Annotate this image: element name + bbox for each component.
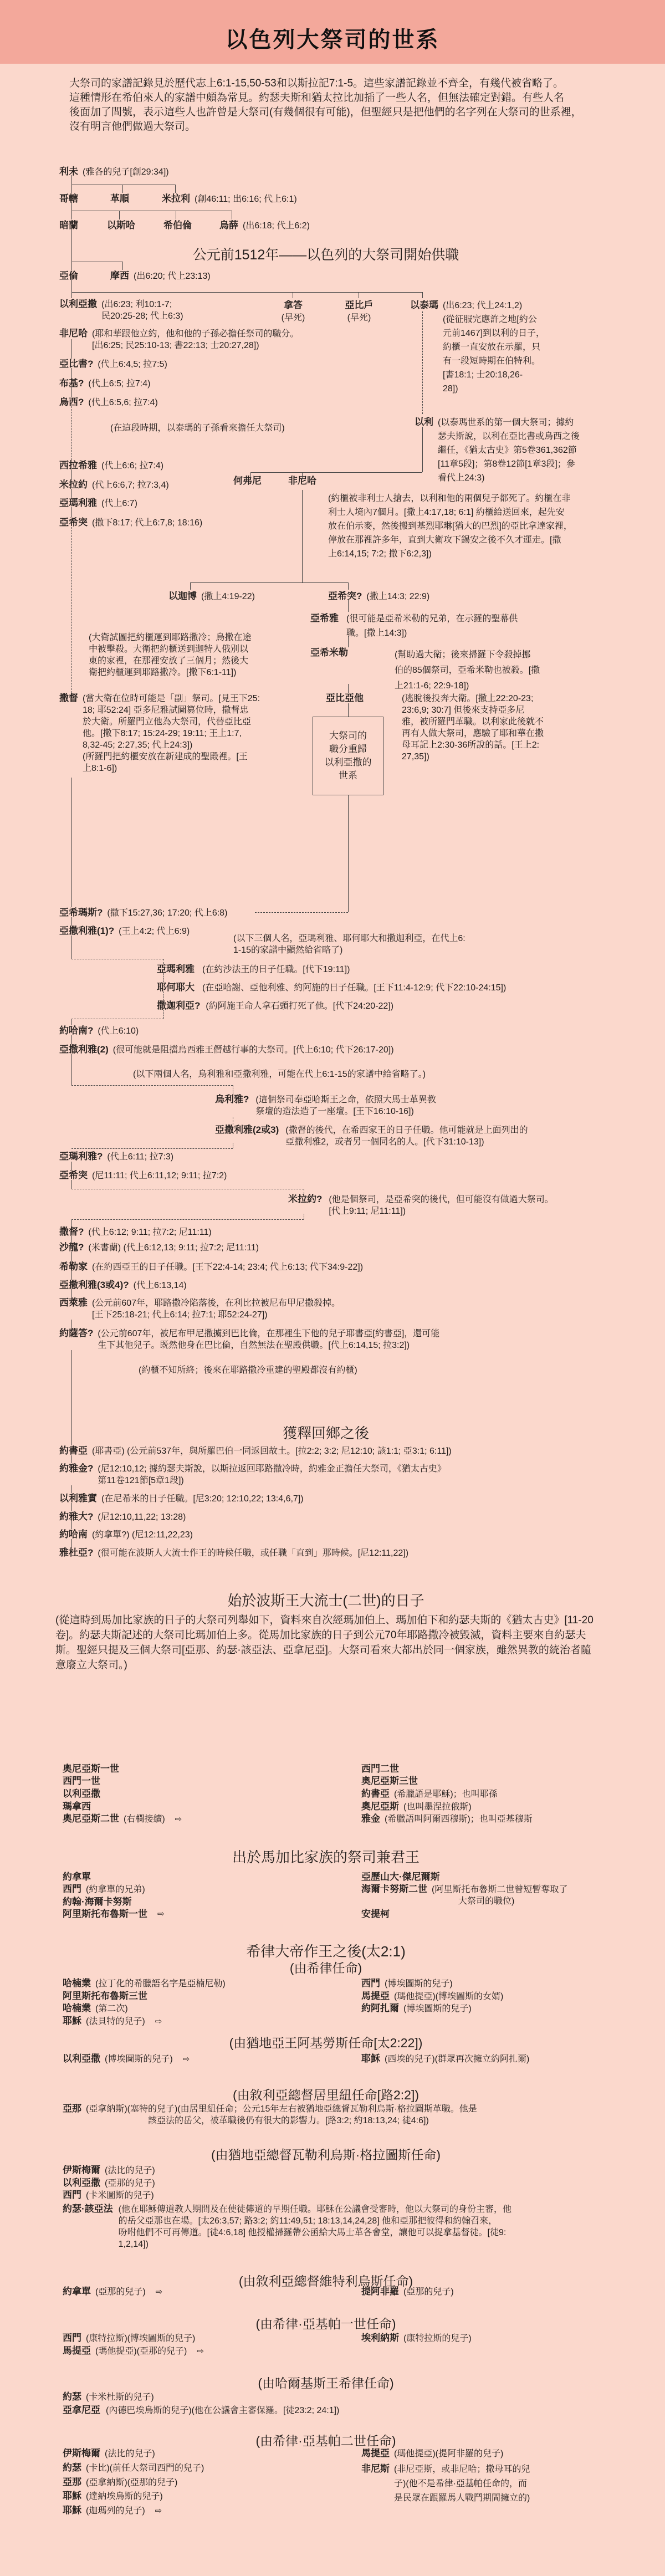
person-note: (撒下15:27,36; 17:20; 代上6:8) xyxy=(107,907,227,919)
section-heading: 公元前1512年——以色列的大祭司開始供職 xyxy=(0,244,652,264)
person-name: 耶穌 xyxy=(63,2016,81,2027)
person-entry: 瑪拿西 xyxy=(63,1801,91,1812)
person-entry: 拿答(早死) xyxy=(276,299,310,324)
person-note: (約拿單的兄弟) xyxy=(86,1884,145,1895)
person-entry: 安提柯 xyxy=(361,1909,390,1920)
person-name: 希伯倫 xyxy=(163,220,192,231)
tree-line xyxy=(163,959,164,964)
person-entry: 以利雅實(在尼希米的日子任職。[尼3:20; 12:10,22; 13:4,6,… xyxy=(59,1493,304,1505)
person-entry: 哥轄 xyxy=(59,193,78,205)
person-entry: 撒迦利亞?(約阿施王命人拿石頭打死了他。[代下24:20-22]) xyxy=(157,1000,393,1012)
person-name: 亞瑪利雅? xyxy=(59,1151,103,1162)
person-name: 亞倫 xyxy=(59,270,78,282)
continue-arrow-icon: ⇨ xyxy=(175,1814,182,1825)
tree-line xyxy=(163,1010,164,1019)
person-entry: 米拉約(代上6:6,7; 拉7:3,4) xyxy=(59,479,169,491)
tree-line xyxy=(71,279,72,298)
tree-line xyxy=(71,936,72,959)
tree-line xyxy=(71,1350,72,1445)
section-heading: (由希律·亞基帕二世任命) xyxy=(0,2431,652,2449)
person-entry: 約薩答?(公元前607年，被尼布甲尼撒擄到巴比倫，在那裡生下他的兒子耶書亞[約書… xyxy=(59,1328,439,1351)
person-name: 約拿單 xyxy=(63,1872,91,1883)
person-entry: 布基?(代上6:5; 拉7:4) xyxy=(59,378,150,390)
section-heading: (由猶地亞總督瓦勒利烏斯·格拉圖斯任命) xyxy=(0,2145,652,2163)
person-entry: 耶穌(西埃的兒子)(群眾再次擁立約阿扎爾) xyxy=(361,2053,529,2065)
person-entry: 烏西?(代上6:5,6; 拉7:4) xyxy=(59,397,158,408)
person-note: (在亞哈謝、亞他利雅、約阿施的日子任職。[王下11:4-12:9; 代下22:1… xyxy=(202,982,506,994)
tree-line xyxy=(71,1162,72,1170)
tree-line xyxy=(71,1189,304,1189)
person-entry: 以泰瑪(出6:23; 代上24:1,2) (從征服完應許之地[約公 元前1467… xyxy=(410,299,545,396)
person-entry: 米拉利(創46:11; 出6:16; 代上6:1) xyxy=(162,193,297,205)
person-name: 以利亞撒 xyxy=(63,1788,100,1800)
person-name: 馬提亞 xyxy=(361,2448,390,2459)
tree-line xyxy=(255,912,348,913)
person-name: 約哈南? xyxy=(59,1025,93,1036)
person-name: 奧尼亞斯二世 xyxy=(63,1813,119,1824)
tree-line xyxy=(71,1485,72,1493)
person-entry: 亞希瑪斯?(撒下15:27,36; 17:20; 代上6:8) xyxy=(59,907,227,919)
person-name: 亞那 xyxy=(63,2103,81,2114)
person-note: (代上6:12; 9:11; 拉7:2; 尼11:11) xyxy=(88,1226,211,1238)
person-name: 以利 xyxy=(415,417,433,428)
person-note: (瑪他提亞)(博埃圖斯的女婿) xyxy=(394,1991,503,2002)
person-note: (代上6:5,6; 拉7:4) xyxy=(88,397,157,408)
tree-line xyxy=(71,1019,72,1025)
tree-line xyxy=(71,778,72,907)
person-note: (尼12:10,12; 據約瑟夫斯說，以斯拉返回耶路撒冷時，約雅金正擔任大祭司，… xyxy=(98,1463,446,1486)
person-entry: 約雅大?(尼12:10,11,22; 13:28) xyxy=(59,1511,186,1523)
person-name: 以利雅實 xyxy=(59,1493,97,1504)
tree-line xyxy=(71,1148,233,1149)
person-entry: 以利亞撒(出6:23; 利10:1-7; 民20:25-28; 代上6:3) xyxy=(59,299,183,322)
person-entry: 耶穌(達納埃烏斯的兒子) xyxy=(63,2491,163,2502)
person-note: (約阿施王命人拿石頭打死了他。[代下24:20-22]) xyxy=(206,1000,393,1012)
person-name: 亞希突 xyxy=(59,517,88,528)
person-note: (尼11:11; 代上6:11,12; 9:11; 拉7:2) xyxy=(92,1170,227,1182)
person-note: (內德巴埃烏斯的兒子)(他在公議會主審保羅。[徒23:2; 24:1]) xyxy=(106,2405,339,2416)
person-name: 亞拿尼亞 xyxy=(63,2405,100,2416)
person-entry: 約哈南(約拿單?) (尼12:11,22,23) xyxy=(59,1529,193,1541)
note-block: (逃脫後投奔大衛。[撒上22:20-23; 23:6,9; 30:7] 但後來支… xyxy=(402,693,544,763)
person-note: (很可能就是阻擋烏西雅王僭越行事的大祭司。[代上6:10; 代下26:17-20… xyxy=(113,1044,394,1056)
person-entry: 西門(約拿單的兄弟) xyxy=(63,1884,145,1895)
person-note: (代上6:5; 拉7:4) xyxy=(88,378,150,390)
note-block: (以下兩個人名，烏利雅和亞撒利雅，可能在代上6:1-15的家譜中給省略了。) xyxy=(133,1069,426,1080)
eleazar-line-box: 大祭司的 職分重歸 以利亞撒的 世系 xyxy=(313,717,383,795)
person-name: 耶穌 xyxy=(361,2053,380,2064)
person-entry: 亞瑪利雅(在約沙法王的日子任職。[代下19:11]) xyxy=(157,964,350,975)
tree-line xyxy=(71,1289,72,1297)
person-name: 埃利納斯 xyxy=(361,2333,399,2344)
tree-line xyxy=(71,1539,72,1547)
tree-line xyxy=(71,507,72,517)
person-name: 亞希雅 xyxy=(310,613,339,624)
tree-line xyxy=(71,229,72,270)
person-name: 約薩答? xyxy=(59,1328,93,1339)
person-entry: 米拉約?(他是個祭司，是亞希突的後代，但可能沒有做過大祭司。 [代上9:11; … xyxy=(288,1194,554,1217)
person-entry: 亞撒利雅(3或4)?(代上6:13,14) xyxy=(59,1280,187,1291)
tree-line xyxy=(71,211,232,211)
tree-line xyxy=(233,1085,233,1094)
tree-line xyxy=(71,1054,72,1085)
person-entry: 亞倫 xyxy=(59,270,78,282)
person-name: 革順 xyxy=(110,193,129,205)
person-note: (西埃的兒子)(群眾再次擁立約阿扎爾) xyxy=(385,2053,529,2065)
person-note: (在約西亞王的日子任職。[王下22:4-14; 23:4; 代上6:13; 代下… xyxy=(92,1261,363,1273)
person-name: 安提柯 xyxy=(361,1909,390,1920)
person-note: (卡米圖斯的兒子) xyxy=(86,2190,154,2201)
person-entry: 奧尼亞斯(也叫墨涅拉俄斯) xyxy=(361,1801,472,1813)
person-note: (第二次) xyxy=(95,2003,128,2015)
person-name: 奧尼亞斯 xyxy=(361,1801,399,1812)
tree-line xyxy=(71,1035,72,1044)
tree-line xyxy=(348,703,349,717)
person-entry: 埃利納斯(康特拉斯的兒子) xyxy=(361,2333,472,2344)
person-note: (亞拿納斯)(亞那的兒子) xyxy=(86,2477,177,2488)
person-name: 西門 xyxy=(63,1884,81,1895)
person-name: 亞希米勒 xyxy=(310,647,348,658)
person-note: (出6:23; 代上24:1,2) (從征服完應許之地[約公 元前1467]到以… xyxy=(443,299,545,396)
tree-line xyxy=(71,175,72,193)
person-name: 奧尼亞斯三世 xyxy=(361,1776,418,1787)
page: 以色列大祭司的世系 大祭司的家譜記錄見於歷代志上6:1-15,50-53和以斯拉… xyxy=(0,0,665,2576)
person-note: (右欄接續) xyxy=(124,1813,165,1825)
person-note: (博埃圖斯的兒子) xyxy=(105,2053,173,2065)
person-entry: 以利(以泰瑪世系的第一個大祭司；據約 瑟夫斯說，以利在亞比書或烏西之後 繼任，《… xyxy=(415,416,580,485)
person-entry: 耶何耶大(在亞哈謝、亞他利雅、約阿施的日子任職。[王下11:4-12:9; 代下… xyxy=(157,982,506,994)
tree-line xyxy=(71,1251,72,1261)
continue-arrow-icon: ⇨ xyxy=(156,2287,163,2298)
person-note: (早死) xyxy=(341,311,377,324)
person-name: 約書亞 xyxy=(361,1788,390,1800)
person-entry: 亞撒利雅(1)?(王上4:2; 代上6:9) xyxy=(59,926,190,937)
tree-line xyxy=(250,472,251,479)
person-note: (撒上14:3; 22:9) xyxy=(366,591,429,602)
person-name: 希勒家 xyxy=(59,1261,88,1272)
tree-line xyxy=(71,368,72,378)
person-note: (耶和華跟他立約，他和他的子孫必擔任祭司的職分。 [出6:25; 民25:10-… xyxy=(92,328,299,351)
person-name: 亞比戶 xyxy=(341,299,377,311)
person-entry: 阿里斯托布魯斯三世 xyxy=(63,1991,147,2002)
person-name: 約雅金? xyxy=(59,1463,93,1474)
person-name: 約拿單 xyxy=(63,2286,91,2297)
person-name: 約翰·海爾卡努斯 xyxy=(63,1897,132,1908)
person-entry: 亞歷山大·傑尼爾斯 xyxy=(361,1872,440,1883)
person-name: 亞希瑪斯? xyxy=(59,907,103,918)
person-entry: 馬提亞(瑪他提亞)(博埃圖斯的女婿) xyxy=(361,1991,503,2002)
person-entry: 烏薛(出6:18; 代上6:2) xyxy=(219,220,310,232)
person-name: 亞撒利雅(2或3) xyxy=(215,1125,279,1136)
section-heading: (由猶地亞王阿基勞斯任命[太2:22]) xyxy=(0,2033,652,2051)
person-name: 亞歷山大·傑尼爾斯 xyxy=(361,1872,440,1883)
person-entry: 約瑟·該亞法(他在耶穌傳道教人期間及在使徒傳道的早期任職。耶穌在公議會受審時，他… xyxy=(63,2204,511,2250)
person-name: 西門 xyxy=(63,2190,81,2201)
person-note: (亞那的兒子) xyxy=(105,2178,155,2189)
person-entry: 奧尼亞斯三世 xyxy=(361,1776,418,1787)
person-name: 拿答 xyxy=(276,299,310,311)
person-entry: 以斯哈 xyxy=(107,220,135,231)
person-entry: 暗蘭 xyxy=(59,220,78,231)
tree-line xyxy=(71,1521,72,1529)
person-note: (公元前607年，被尼布甲尼撒擄到巴比倫，在那裡生下他的兒子耶書亞[約書亞]，還… xyxy=(98,1328,439,1351)
person-entry: 西門二世 xyxy=(361,1764,399,1775)
person-note: (當大衛在位時可能是「副」祭司。[見王下25: 18; 耶52:24] 亞多尼雅… xyxy=(83,693,260,774)
person-note: (撒上4:19-22) xyxy=(201,591,255,602)
person-name: 約瑟·該亞法 xyxy=(63,2204,113,2215)
person-note: (在約沙法王的日子任職。[代下19:11]) xyxy=(202,964,350,975)
person-entry: 以利亞撒(亞那的兒子) xyxy=(63,2178,155,2189)
note-block: (約櫃不知所終；後來在耶路撒冷重建的聖殿都沒有約櫃) xyxy=(139,1364,357,1376)
person-note: (雅各的兒子[創29:34]) xyxy=(83,166,169,178)
person-entry: 亞瑪利雅?(代上6:11; 拉7:3) xyxy=(59,1151,173,1163)
tree-line xyxy=(71,527,72,693)
person-note: (他是個祭司，是亞希突的後代，但可能沒有做過大祭司。 [代上9:11; 尼11:… xyxy=(329,1194,553,1217)
person-entry: 非尼哈(耶和華跟他立約，他和他的子孫必擔任祭司的職分。 [出6:25; 民25:… xyxy=(59,328,299,351)
person-name: 提阿非羅 xyxy=(361,2286,399,2297)
person-name: 烏利雅? xyxy=(215,1094,249,1105)
person-entry: 奧尼亞斯二世(右欄接續)⇨ xyxy=(63,1813,182,1825)
tree-line xyxy=(422,427,423,472)
person-name: 耶何耶大 xyxy=(157,982,195,993)
person-entry: 西門(卡米圖斯的兒子) xyxy=(63,2190,154,2201)
person-note: (他在耶穌傳道教人期間及在使徒傳道的早期任職。耶穌在公議會受審時，他以大祭司的身… xyxy=(119,2204,511,2250)
tree-line xyxy=(122,185,123,193)
person-name: 亞希突? xyxy=(328,591,362,602)
person-note: (米書蘭) (代上6:12,13; 9:11; 拉7:2; 尼11:11) xyxy=(88,1242,259,1254)
person-entry: 西萊雅(公元前607年，耶路撒冷陷落後，在利比拉被尼布甲尼撒殺掉。 [王下25:… xyxy=(59,1297,340,1321)
tree-line xyxy=(71,406,72,460)
person-name: 非尼斯 xyxy=(361,2463,390,2475)
person-entry: 耶穌(法貝特的兒子)⇨ xyxy=(63,2016,162,2027)
person-entry: 約書亞(耶書亞) (公元前537年，與所羅巴伯一同返回故土。[拉2:2; 3:2… xyxy=(59,1445,452,1457)
person-name: 雅杜亞? xyxy=(59,1547,93,1558)
person-name: 約雅大? xyxy=(59,1511,93,1522)
person-name: 西萊雅 xyxy=(59,1297,88,1309)
person-entry: 亞希突?(撒上14:3; 22:9) xyxy=(328,591,429,602)
tree-line xyxy=(71,1503,72,1511)
person-name: 西門一世 xyxy=(63,1776,100,1787)
person-name: 利未 xyxy=(59,166,78,177)
tree-line xyxy=(71,339,72,359)
person-note: (法比的兒子) xyxy=(105,2165,155,2176)
person-note: (以下兩個人名，烏利雅和亞撒利雅，可能在代上6:1-15的家譜中給省略了。) xyxy=(133,1069,426,1080)
tree-line xyxy=(302,472,303,479)
person-name: 撒督 xyxy=(59,693,78,704)
note-block: (在這段時期，以泰瑪的子孫看來擔任大祭司) xyxy=(110,422,285,434)
person-entry: 亞比亞他 xyxy=(326,693,364,704)
tree-line xyxy=(71,1180,72,1189)
person-name: 烏薛 xyxy=(219,220,238,231)
person-name: 西拉希雅 xyxy=(59,460,97,471)
person-note: (以泰瑪世系的第一個大祭司；據約 瑟夫斯說，以利在亞比書或烏西之後 繼任，《猶太… xyxy=(438,416,580,485)
person-name: 以利亞撒 xyxy=(63,2178,100,2189)
person-name: 何弗尼 xyxy=(233,476,262,487)
tree-line xyxy=(304,1214,304,1219)
person-name: 以迦博 xyxy=(168,591,197,602)
person-name: 約書亞 xyxy=(59,1445,88,1456)
paragraph-2: (從這時到馬加比家族的日子的大祭司列舉如下，資料來自次經瑪加伯上、瑪加伯下和約瑟… xyxy=(55,1613,594,1673)
person-entry: 哈楠業(第二次) xyxy=(63,2003,128,2015)
person-name: 約瑟 xyxy=(63,2462,81,2473)
person-entry: 約書亞(希臘語是耶穌)；也叫耶孫 xyxy=(361,1788,498,1800)
person-entry: 亞那(亞拿納斯)(塞特的兒子)(由居里紐任命；公元15年左右被猶地亞總督瓦勒利烏… xyxy=(63,2103,477,2127)
tree-line xyxy=(359,292,359,298)
person-note: (耶書亞) (公元前537年，與所羅巴伯一同返回故土。[拉2:2; 3:2; 尼… xyxy=(92,1445,452,1457)
person-name: 米拉約 xyxy=(59,479,88,490)
person-note: (代上6:6; 拉7:4) xyxy=(101,460,163,472)
person-entry: 哈楠業(拉丁化的希臘語名字是亞楠尼勒) xyxy=(63,1978,226,1990)
tree-line xyxy=(71,292,422,293)
tree-line xyxy=(232,211,232,219)
person-note: (王上4:2; 代上6:9) xyxy=(119,926,190,937)
person-entry: 馬提亞(瑪他提亞)(亞那的兒子)⇨ xyxy=(63,2345,204,2357)
person-name: 阿里斯托布魯斯一世 xyxy=(63,1909,147,1920)
person-entry: 耶穌(迦瑪列的兒子)⇨ xyxy=(63,2505,162,2517)
person-name: 約瑟 xyxy=(63,2391,81,2403)
person-note: (也叫墨涅拉俄斯) xyxy=(403,1801,472,1813)
person-entry: 約雅金?(尼12:10,12; 據約瑟夫斯說，以斯拉返回耶路撒冷時，約雅金正擔任… xyxy=(59,1463,446,1486)
person-name: 亞撒利雅(1)? xyxy=(59,926,114,937)
note-block: (大衛試圖把約櫃運到耶路撒冷；烏撒在途 中被擊殺。大衛把約櫃送到迦特人俄別以 東… xyxy=(89,632,251,678)
person-entry: 亞希米勒 xyxy=(310,647,348,658)
person-name: 亞瑪利雅 xyxy=(59,498,97,509)
tree-line xyxy=(71,1271,72,1280)
person-entry: 以利亞撒(博埃圖斯的兒子)⇨ xyxy=(63,2053,190,2065)
continue-arrow-icon: ⇨ xyxy=(157,1909,165,1920)
tree-line xyxy=(163,991,164,1000)
person-entry: 摩西(出6:20; 代上23:13) xyxy=(110,270,211,282)
person-entry: 約拿單 xyxy=(63,1872,91,1883)
person-note: (代上6:6,7; 拉7:3,4) xyxy=(92,479,169,491)
person-name: 耶穌 xyxy=(63,2505,81,2516)
person-entry: 約拿單(亞那的兒子)⇨ xyxy=(63,2286,162,2298)
tree-line xyxy=(71,1455,72,1463)
person-note: (拉丁化的希臘語名字是亞楠尼勒) xyxy=(95,1978,226,1990)
person-name: 亞撒利雅(2) xyxy=(59,1044,109,1055)
person-entry: 亞撒利雅(2或3)(撒督的後代，在希西家王的日子任職。他可能就是上面列出的 亞撒… xyxy=(215,1125,528,1148)
person-entry: 西拉希雅(代上6:6; 拉7:4) xyxy=(59,460,163,472)
person-note: (代上6:7) xyxy=(101,498,137,509)
person-name: 雅金 xyxy=(361,1813,380,1824)
person-entry: 伊斯梅爾(法比的兒子) xyxy=(63,2448,155,2460)
person-note: (早死) xyxy=(276,311,310,324)
person-name: 馬提亞 xyxy=(361,1991,390,2002)
person-note: (瑪他提亞)(亞那的兒子) xyxy=(95,2345,187,2357)
tree-line xyxy=(422,292,423,298)
tree-line xyxy=(348,600,349,612)
person-entry: 約阿扎爾(博埃圖斯的兒子) xyxy=(361,2003,472,2015)
person-note: (亞那的兒子) xyxy=(95,2286,146,2298)
person-note: (這個祭司奉亞哈斯王之命，依照大馬士革異教 祭壇的造法造了一座壇。[王下16:1… xyxy=(255,1094,436,1117)
person-note: (卡比)(前任大祭司西門的兒子) xyxy=(86,2462,204,2474)
person-name: 以利亞撒 xyxy=(63,2053,100,2064)
person-note: (尼12:10,11,22; 13:28) xyxy=(98,1511,186,1523)
person-entry: 亞希突(撒下8:17; 代上6:7,8; 18:16) xyxy=(59,517,202,529)
continue-arrow-icon: ⇨ xyxy=(155,2016,162,2027)
tree-line xyxy=(71,185,175,185)
tree-line xyxy=(190,582,191,590)
person-name: 耶穌 xyxy=(63,2491,81,2502)
person-entry: 沙龍?(米書蘭) (代上6:12,13; 9:11; 拉7:2; 尼11:11) xyxy=(59,1242,259,1254)
person-note: (法貝特的兒子) xyxy=(86,2016,145,2027)
person-note: (希臘語叫阿爾西穆斯)；也叫亞基穆斯 xyxy=(385,1813,533,1825)
person-entry: 西門一世 xyxy=(63,1776,100,1787)
person-name: 約阿扎爾 xyxy=(361,2003,399,2014)
section-heading: (由哈爾基斯王希律任命) xyxy=(0,2373,652,2391)
person-entry: 利未(雅各的兒子[創29:34]) xyxy=(59,166,169,178)
person-entry: 海爾卡努斯二世(阿里斯托布魯斯二世曾短暫奪取了 大祭司的職位) xyxy=(361,1884,567,1907)
person-name: 亞撒利雅(3或4)? xyxy=(59,1280,129,1291)
tree-line xyxy=(175,185,176,193)
person-entry: 亞比書?(代上6:4,5; 拉7:5) xyxy=(59,359,167,370)
person-note: (卡米杜斯的兒子) xyxy=(86,2391,154,2403)
section-heading: (由希律任命) xyxy=(0,1958,652,1976)
person-note: (創46:11; 出6:16; 代上6:1) xyxy=(195,193,297,205)
paragraph-1: 大祭司的家譜記錄見於歷代志上6:1-15,50-53和以斯拉記7:1-5。這些家… xyxy=(69,76,582,134)
person-name: 哈楠業 xyxy=(63,1978,91,1989)
person-note: (代上6:10) xyxy=(98,1025,139,1037)
section-heading: (由希律·亞基帕一世任命) xyxy=(0,2314,652,2332)
person-note: (大衛試圖把約櫃運到耶路撒冷；烏撒在途 中被擊殺。大衛把約櫃送到迦特人俄別以 東… xyxy=(89,632,251,678)
person-name: 阿里斯托布魯斯三世 xyxy=(63,1991,147,2002)
tree-line xyxy=(71,959,163,959)
tree-line xyxy=(71,469,72,479)
person-name: 瑪拿西 xyxy=(63,1801,91,1812)
person-name: 以泰瑪 xyxy=(410,300,438,311)
tree-line xyxy=(71,1219,72,1226)
person-note: (代上6:11; 拉7:3) xyxy=(107,1151,173,1163)
section-heading: 始於波斯王大流士(二世)的日子 xyxy=(0,1589,652,1610)
person-entry: 雅金(希臘語叫阿爾西穆斯)；也叫亞基穆斯 xyxy=(361,1813,533,1825)
genealogy-diagram: 大祭司的家譜記錄見於歷代志上6:1-15,50-53和以斯拉記7:1-5。這些家… xyxy=(0,0,665,2576)
person-note: (代上6:13,14) xyxy=(134,1280,187,1291)
person-note: (達納埃烏斯的兒子) xyxy=(86,2491,163,2502)
person-entry: 非尼斯(非尼亞斯，或非尼哈；撒母耳的兒 子)(他不是希律·亞基帕任命的，而 是民… xyxy=(361,2462,530,2506)
person-note: (亞那的兒子) xyxy=(403,2286,454,2298)
person-name: 米拉利 xyxy=(162,193,190,205)
continue-arrow-icon: ⇨ xyxy=(197,2346,204,2357)
person-note: (博埃圖斯的兒子) xyxy=(385,1978,453,1990)
person-name: 亞比亞他 xyxy=(326,693,364,704)
person-name: 亞比書? xyxy=(59,359,93,370)
person-name: 伊斯梅爾 xyxy=(63,2165,100,2176)
person-note: (撒督的後代，在希西家王的日子任職。他可能就是上面列出的 亞撒利雅2，或者另一個… xyxy=(285,1125,528,1148)
person-name: 哥轄 xyxy=(59,193,78,205)
person-entry: 革順 xyxy=(110,193,129,205)
tree-line xyxy=(233,1117,233,1125)
person-entry: 何弗尼 xyxy=(233,476,262,487)
person-entry: 伊斯梅爾(法比的兒子) xyxy=(63,2165,155,2176)
person-name: 馬提亞 xyxy=(63,2345,91,2357)
tree-line xyxy=(71,1019,163,1019)
tree-line xyxy=(71,387,72,397)
continue-arrow-icon: ⇨ xyxy=(155,2506,162,2517)
person-note: (撒下8:17; 代上6:7,8; 18:16) xyxy=(92,517,202,529)
note-block: (約櫃被非利士人搶去，以利和他的兩個兒子都死了。約櫃在非 利士人境內7個月。[撒… xyxy=(328,492,572,561)
tree-line xyxy=(71,262,122,262)
tree-line xyxy=(71,1219,304,1220)
tree-line xyxy=(71,1085,233,1086)
person-entry: 西門(博埃圖斯的兒子) xyxy=(361,1978,453,1990)
person-note: (康特拉斯)(博埃圖斯的兒子) xyxy=(86,2333,195,2344)
person-name: 暗蘭 xyxy=(59,220,78,231)
person-note: (迦瑪列的兒子) xyxy=(86,2505,145,2517)
person-entry: 阿里斯托布魯斯一世⇨ xyxy=(63,1909,165,1920)
person-note: (出6:18; 代上6:2) xyxy=(243,220,310,232)
person-name: 西門二世 xyxy=(361,1764,399,1775)
person-note: (很可能是亞希米勒的兄弟，在示羅的聖幕供 職。[撒上14:3]) xyxy=(346,612,518,641)
